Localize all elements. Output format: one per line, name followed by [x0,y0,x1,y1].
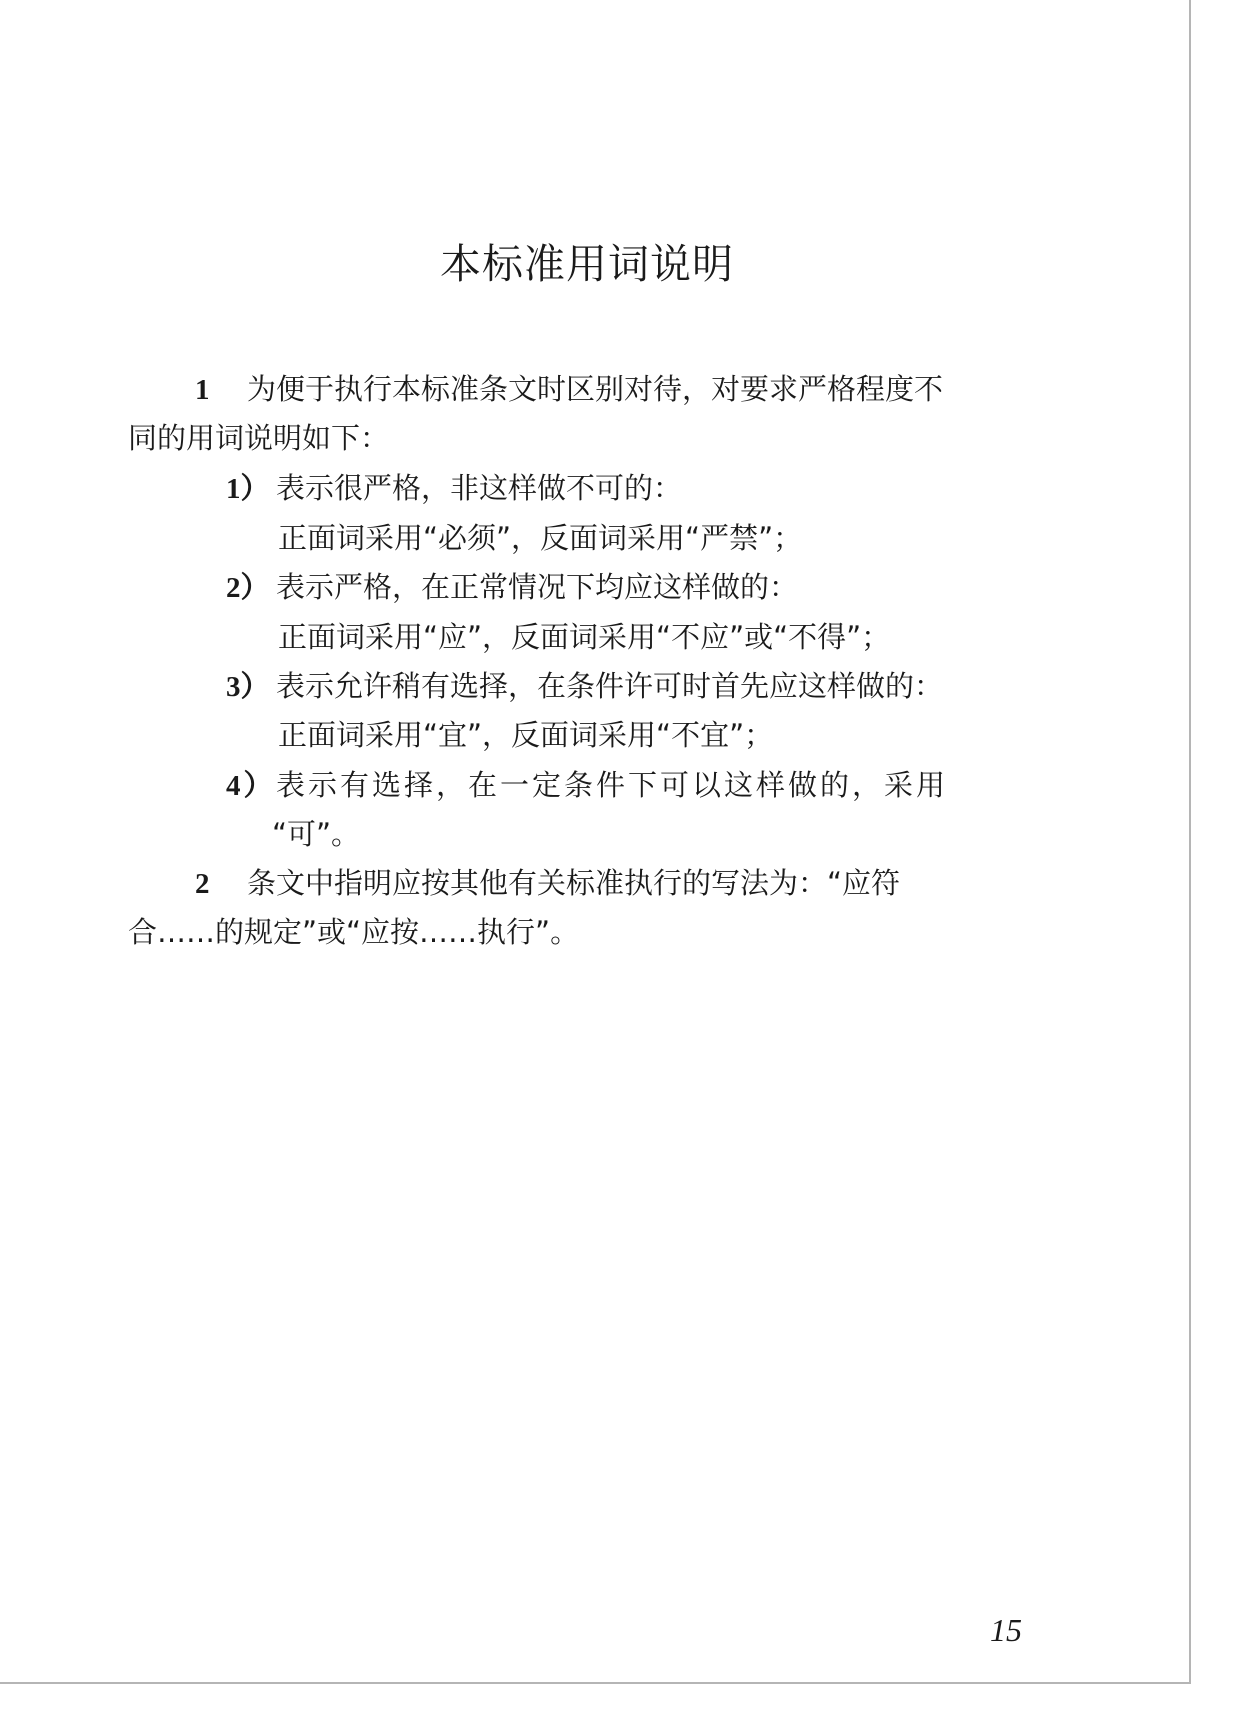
item-number: 2） [226,568,276,608]
page-number: 15 [990,1612,1022,1648]
item-text: 表示允许稍有选择，在条件许可时首先应这样做的： [276,669,943,703]
item-number: 1） [226,469,276,509]
list-item-1-detail: 正面词采用“必须”，反面词采用“严禁”； [278,518,802,558]
document-page: 本标准用词说明 1为便于执行本标准条文时区别对待，对要求严格程度不 同的用词说明… [0,0,1191,1684]
clause-1-line-1: 1为便于执行本标准条文时区别对待，对要求严格程度不 [195,369,943,410]
clause-number: 1 [195,370,247,410]
list-item-3: 3）表示允许稍有选择，在条件许可时首先应这样做的： [226,666,943,707]
list-item-3-detail: 正面词采用“宜”，反面词采用“不宜”； [278,715,773,755]
list-item-2-detail: 正面词采用“应”，反面词采用“不应”或“不得”； [278,617,890,657]
page-title: 本标准用词说明 [0,238,1174,290]
item-number: 3） [226,667,276,707]
list-item-2: 2）表示严格，在正常情况下均应这样做的： [226,567,798,608]
clause-text: 为便于执行本标准条文时区别对待，对要求严格程度不 [247,372,943,406]
clause-2-line-2: 合……的规定”或“应按……执行”。 [128,912,579,952]
list-item-4-detail: “可”。 [272,814,360,854]
clause-2-line-1: 2条文中指明应按其他有关标准执行的写法为：“应符 [195,863,900,904]
clause-text: 条文中指明应按其他有关标准执行的写法为：“应符 [247,866,900,900]
item-number: 4） [226,766,276,806]
item-text: 表示很严格，非这样做不可的： [276,471,682,505]
item-text: 表示严格，在正常情况下均应这样做的： [276,570,798,604]
item-text: 表示有选择，在一定条件下可以这样做的，采用 [276,768,948,802]
list-item-4: 4）表示有选择，在一定条件下可以这样做的，采用 [226,765,948,806]
clause-1-line-2: 同的用词说明如下： [128,418,389,458]
list-item-1: 1）表示很严格，非这样做不可的： [226,468,682,509]
clause-number: 2 [195,864,247,904]
